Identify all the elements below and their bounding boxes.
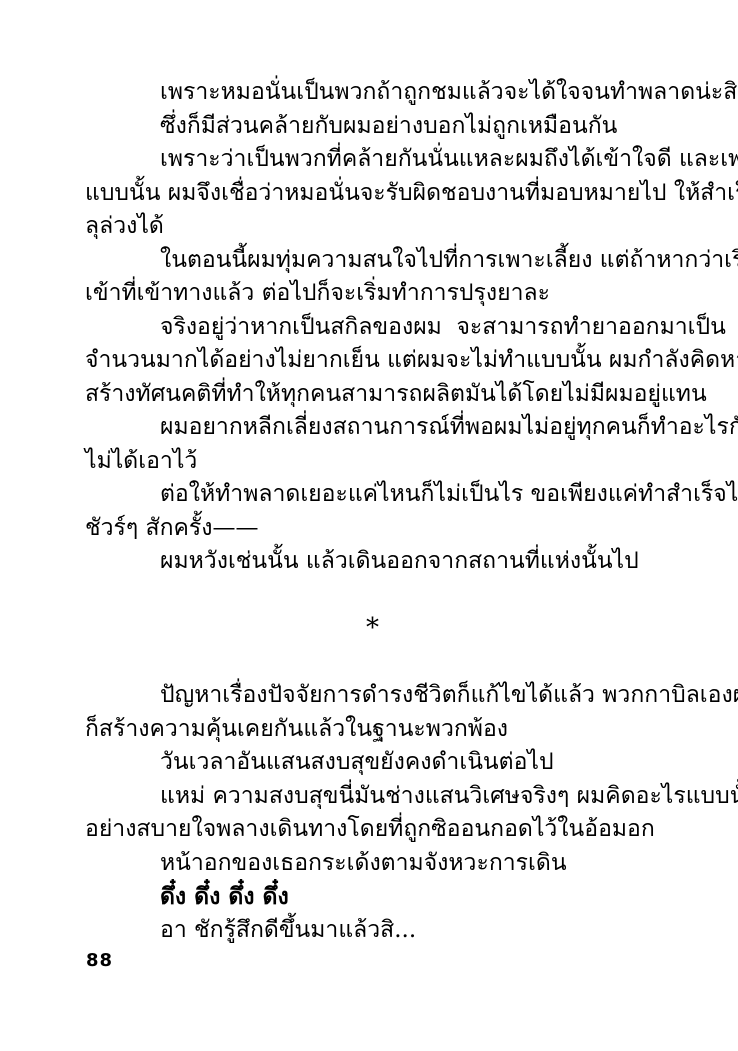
text-line: เพราะว่าเป็นพวกที่คล้ายกันนั่นแหละผมถึงไ…: [85, 143, 660, 177]
text-line: ผมหวังเช่นนั้น แล้วเดินออกจากสถานที่แห่ง…: [85, 545, 660, 579]
text-line: ชัวร์ๆ สักครั้ง——: [85, 512, 660, 546]
text-line: แบบนั้น ผมจึงเชื่อว่าหมอนั่นจะรับผิดชอบง…: [85, 177, 660, 211]
text-line: อย่างสบายใจพลางเดินทางโดยที่ถูกซิออนกอดไ…: [85, 813, 660, 847]
text-line: ไม่ได้เอาไว้: [85, 445, 660, 479]
blank-line: [85, 579, 660, 613]
text-line: ในตอนนี้ผมทุ่มความสนใจไปที่การเพาะเลี้ยง…: [85, 244, 660, 278]
book-page: เพราะหมอนั่นเป็นพวกถ้าถูกชมแล้วจะได้ใจจน…: [0, 0, 738, 1051]
text-line: อา ชักรู้สึกดีขึ้นมาแล้วสิ...: [85, 914, 660, 948]
scene-break-asterisk: *: [85, 612, 660, 646]
text-line: จำนวนมากได้อย่างไม่ยากเย็น แต่ผมจะไม่ทำแ…: [85, 344, 660, 378]
text-line: สร้างทัศนคติที่ทำให้ทุกคนสามารถผลิตมันได…: [85, 378, 660, 412]
text-line: วันเวลาอันแสนสงบสุขยังคงดำเนินต่อไป: [85, 746, 660, 780]
text-line: เข้าที่เข้าทางแล้ว ต่อไปก็จะเริ่มทำการปร…: [85, 277, 660, 311]
text-line: หน้าอกของเธอกระเด้งตามจังหวะการเดิน: [85, 847, 660, 881]
text-line: แหม่ ความสงบสุขนี่มันช่างแสนวิเศษจริงๆ ผ…: [85, 780, 660, 814]
text-line: ปัญหาเรื่องปัจจัยการดำรงชีวิตก็แก้ไขได้แ…: [85, 679, 660, 713]
text-line: จริงอยู่ว่าหากเป็นสกิลของผม จะสามารถทำยา…: [85, 311, 660, 345]
text-line: ลุล่วงได้: [85, 210, 660, 244]
text-line: ดึ๋ง ดึ๋ง ดึ๋ง ดึ๋ง: [85, 880, 660, 914]
text-line: ซึ่งก็มีส่วนคล้ายกับผมอย่างบอกไม่ถูกเหมื…: [85, 110, 660, 144]
page-number: 88: [86, 950, 113, 971]
text-line: ผมอยากหลีกเลี่ยงสถานการณ์ที่พอผมไม่อยู่ท…: [85, 411, 660, 445]
blank-line: [85, 646, 660, 680]
text-line: เพราะหมอนั่นเป็นพวกถ้าถูกชมแล้วจะได้ใจจน…: [85, 76, 660, 110]
text-line: ก็สร้างความคุ้นเคยกันแล้วในฐานะพวกพ้อง: [85, 713, 660, 747]
page-text: เพราะหมอนั่นเป็นพวกถ้าถูกชมแล้วจะได้ใจจน…: [85, 76, 660, 947]
text-line: ต่อให้ทำพลาดเยอะแค่ไหนก็ไม่เป็นไร ขอเพีย…: [85, 478, 660, 512]
